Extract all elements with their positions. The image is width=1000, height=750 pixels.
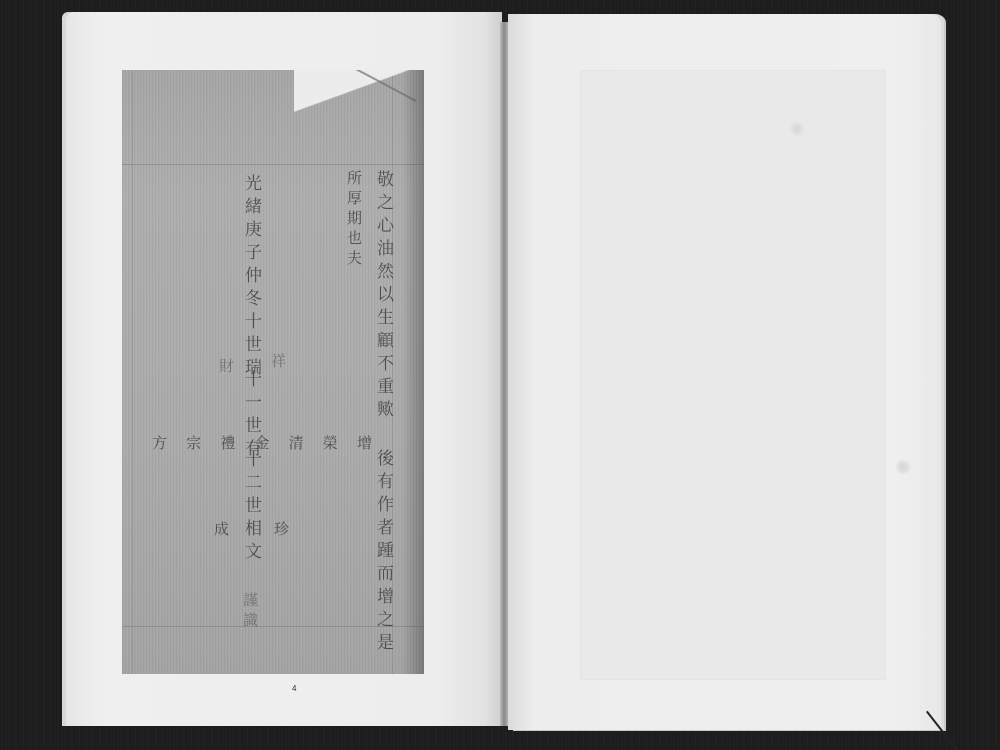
ruled-margin-left	[132, 70, 133, 674]
text-column-gen12: 十二世相文	[242, 450, 259, 565]
scan-edge-shadow	[402, 70, 424, 674]
paper-spot	[896, 460, 910, 474]
text-column-2: 所厚期也夫	[346, 170, 361, 270]
name-char: 增	[357, 432, 372, 453]
text-column-1: 敬之心油然以生顧不重歟 後有作者踵而增之是	[374, 170, 391, 656]
name-char: 金	[254, 432, 269, 453]
text-column-date: 光緒庚子仲冬十世瑞	[242, 174, 259, 381]
bookmark-string	[926, 711, 958, 750]
lower-name-2: 成	[214, 518, 229, 539]
ruled-line-top	[122, 164, 424, 165]
right-page	[508, 14, 941, 730]
name-char: 方	[152, 432, 167, 453]
paper-spot	[790, 122, 804, 136]
signature: 謹識	[242, 592, 257, 632]
name-char: 榮	[323, 432, 338, 453]
scanned-manuscript: 敬之心油然以生顧不重歟 後有作者踵而增之是 所厚期也夫 光緒庚子仲冬十世瑞 祥 …	[122, 70, 424, 674]
name-char: 宗	[186, 432, 201, 453]
lower-name-1: 珍	[274, 518, 289, 539]
name-char: 禮	[220, 432, 235, 453]
page-number: 4	[292, 684, 296, 693]
annotation-right: 祥	[270, 353, 285, 373]
name-char: 清	[289, 432, 304, 453]
annotation-left: 財	[218, 358, 233, 378]
show-through-shadow	[580, 70, 886, 680]
left-page: 敬之心油然以生顧不重歟 後有作者踵而增之是 所厚期也夫 光緒庚子仲冬十世瑞 祥 …	[66, 12, 502, 726]
name-row: 增 榮 清 金 禮 宗 方	[152, 432, 372, 453]
photo-scene: 敬之心油然以生顧不重歟 後有作者踵而增之是 所厚期也夫 光緒庚子仲冬十世瑞 祥 …	[0, 0, 1000, 750]
